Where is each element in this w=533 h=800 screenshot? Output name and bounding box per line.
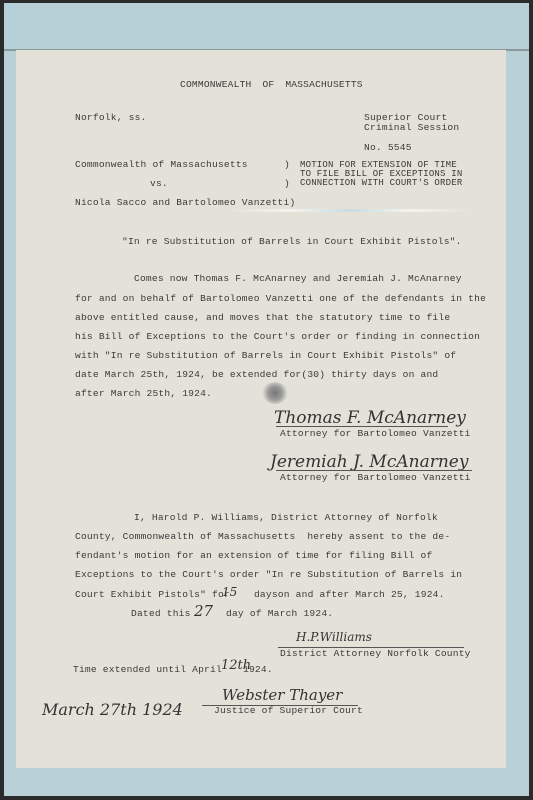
court-session: Criminal Session xyxy=(364,122,459,133)
signature-thomas-mcanarney: Thomas F. McAnarney xyxy=(274,408,466,428)
body-line: Comes now Thomas F. McAnarney and Jeremi… xyxy=(134,273,462,284)
assent-line: I, Harold P. Williams, District Attorney… xyxy=(134,512,438,523)
handwritten-day: 27 xyxy=(194,602,213,620)
caption-bracket: ) xyxy=(284,159,290,170)
handwritten-date: March 27th 1924 xyxy=(42,700,183,719)
attorney-title: Attorney for Bartolomeo Vanzetti xyxy=(280,472,471,483)
case-number: No. 5545 xyxy=(364,142,412,153)
signature-jeremiah-mcanarney: Jeremiah J. McAnarney xyxy=(270,452,468,472)
body-line: with "In re Substitution of Barrels in C… xyxy=(75,350,456,361)
caption-bracket: ) xyxy=(284,178,290,189)
signature-justice-thayer: Webster Thayer xyxy=(222,686,342,704)
signature-line xyxy=(276,470,472,471)
dated-prefix: Dated this xyxy=(131,608,191,619)
time-extended-year: 1924. xyxy=(243,664,273,675)
caption-defendants: Nicola Sacco and Bartolomeo Vanzetti) xyxy=(75,197,295,208)
body-line: his Bill of Exceptions to the Court's or… xyxy=(75,331,480,342)
time-extended-prefix: Time extended until April xyxy=(73,664,222,675)
backing-top-fold xyxy=(4,3,529,51)
handwritten-days: 15 xyxy=(222,585,237,599)
paper-tear xyxy=(230,209,470,212)
body-line: above entitled cause, and moves that the… xyxy=(75,312,450,323)
assent-line: County, Commonwealth of Massachusetts he… xyxy=(75,531,450,542)
motion-title-line: CONNECTION WITH COURT'S ORDER xyxy=(300,178,462,188)
ink-smudge xyxy=(262,382,288,404)
motion-subject: "In re Substitution of Barrels in Court … xyxy=(122,236,462,247)
document-heading: COMMONWEALTH OF MASSACHUSETTS xyxy=(180,79,363,90)
signature-line xyxy=(276,426,448,427)
assent-line: dayson and after March 25, 1924. xyxy=(248,589,445,600)
body-line: after March 25th, 1924. xyxy=(75,388,212,399)
assent-line: fendant's motion for an extension of tim… xyxy=(75,550,432,561)
da-title: District Attorney Norfolk County xyxy=(280,648,471,659)
caption-plaintiff: Commonwealth of Massachusetts xyxy=(75,159,248,170)
body-line: for and on behalf of Bartolomeo Vanzetti… xyxy=(75,293,486,304)
assent-line: Court Exhibit Pistols" for xyxy=(75,589,230,600)
justice-title: Justice of Superior Court xyxy=(214,705,363,716)
county-venue: Norfolk, ss. xyxy=(75,112,147,123)
body-line: date March 25th, 1924, be extended for(3… xyxy=(75,369,438,380)
dated-suffix: day of March 1924. xyxy=(226,608,333,619)
caption-versus: vs. xyxy=(150,178,168,189)
attorney-title: Attorney for Bartolomeo Vanzetti xyxy=(280,428,471,439)
assent-line: Exceptions to the Court's order "In re S… xyxy=(75,569,462,580)
signature-da-williams: H.P.Williams xyxy=(296,630,372,644)
